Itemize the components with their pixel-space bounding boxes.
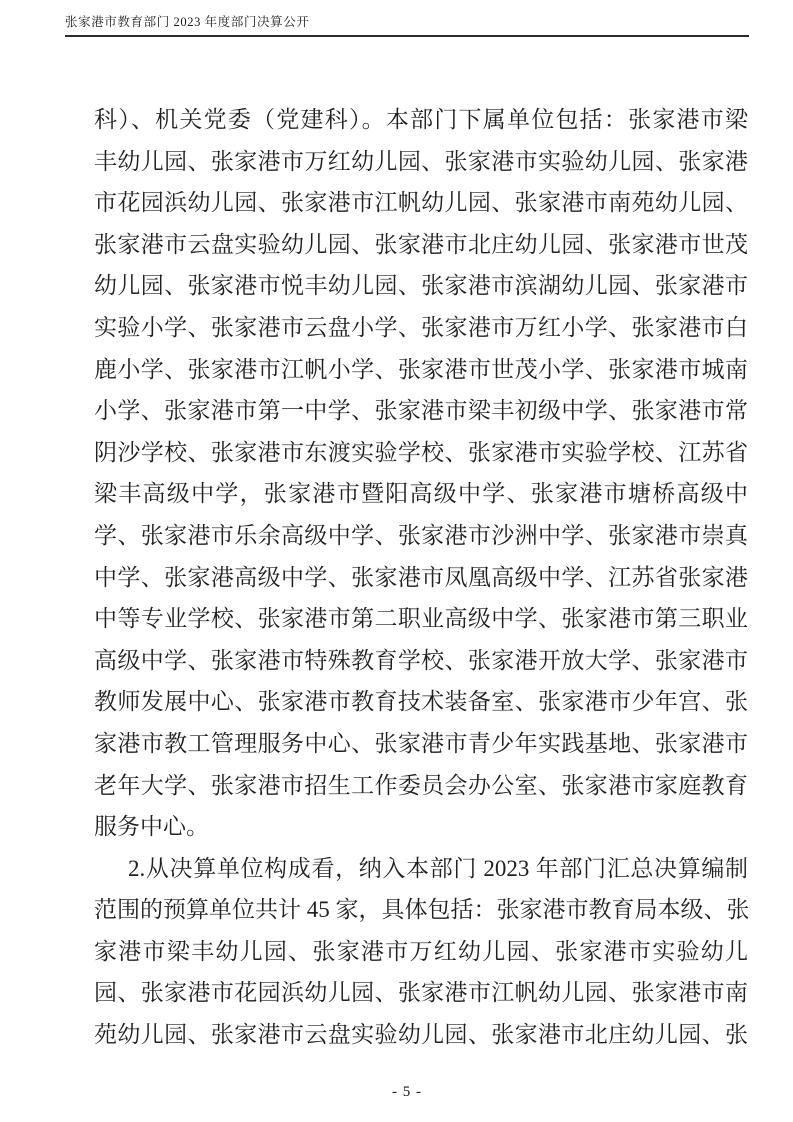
body-line: 鹿小学、张家港市江帆小学、张家港市世茂小学、张家港市城南 [94, 349, 748, 391]
document-body: 科）、机关党委（党建科）。本部门下属单位包括：张家港市梁 丰幼儿园、张家港市万红… [94, 99, 748, 1056]
body-line: 科）、机关党委（党建科）。本部门下属单位包括：张家港市梁 [94, 99, 748, 141]
body-line: 范围的预算单位共计 45 家，具体包括：张家港市教育局本级、张 [94, 889, 748, 931]
body-line: 教师发展中心、张家港市教育技术装备室、张家港市少年宫、张 [94, 681, 748, 723]
header-title: 张家港市教育部门 2023 年度部门决算公开 [65, 14, 749, 30]
body-line: 丰幼儿园、张家港市万红幼儿园、张家港市实验幼儿园、张家港 [94, 141, 748, 183]
body-line: 幼儿园、张家港市悦丰幼儿园、张家港市滨湖幼儿园、张家港市 [94, 265, 748, 307]
body-line: 高级中学、张家港市特殊教育学校、张家港开放大学、张家港市 [94, 640, 748, 682]
body-line: 苑幼儿园、张家港市云盘实验幼儿园、张家港市北庄幼儿园、张 [94, 1014, 748, 1056]
body-line: 园、张家港市花园浜幼儿园、张家港市江帆幼儿园、张家港市南 [94, 972, 748, 1014]
body-line: 家港市教工管理服务中心、张家港市青少年实践基地、张家港市 [94, 723, 748, 765]
body-line: 实验小学、张家港市云盘小学、张家港市万红小学、张家港市白 [94, 307, 748, 349]
body-line-paragraph-end: 服务中心。 [94, 806, 748, 848]
header-rule [65, 35, 749, 37]
body-line: 张家港市云盘实验幼儿园、张家港市北庄幼儿园、张家港市世茂 [94, 224, 748, 266]
body-line: 家港市梁丰幼儿园、张家港市万红幼儿园、张家港市实验幼儿 [94, 931, 748, 973]
body-line: 阴沙学校、张家港市东渡实验学校、张家港市实验学校、江苏省 [94, 432, 748, 474]
body-line-paragraph-start: 2.从决算单位构成看，纳入本部门 2023 年部门汇总决算编制 [94, 848, 748, 890]
body-line: 老年大学、张家港市招生工作委员会办公室、张家港市家庭教育 [94, 765, 748, 807]
document-page: 张家港市教育部门 2023 年度部门决算公开 科）、机关党委（党建科）。本部门下… [0, 0, 793, 1122]
body-line: 市花园浜幼儿园、张家港市江帆幼儿园、张家港市南苑幼儿园、 [94, 182, 748, 224]
body-line: 学、张家港市乐余高级中学、张家港市沙洲中学、张家港市崇真 [94, 515, 748, 557]
body-line: 小学、张家港市第一中学、张家港市梁丰初级中学、张家港市常 [94, 390, 748, 432]
body-line: 梁丰高级中学，张家港市暨阳高级中学、张家港市塘桥高级中 [94, 473, 748, 515]
body-line: 中学、张家港高级中学、张家港市凤凰高级中学、江苏省张家港 [94, 557, 748, 599]
page-number: - 5 - [392, 1084, 422, 1100]
page-header: 张家港市教育部门 2023 年度部门决算公开 [65, 14, 749, 30]
page-footer: - 5 - [65, 1083, 749, 1101]
body-line: 中等专业学校、张家港市第二职业高级中学、张家港市第三职业 [94, 598, 748, 640]
